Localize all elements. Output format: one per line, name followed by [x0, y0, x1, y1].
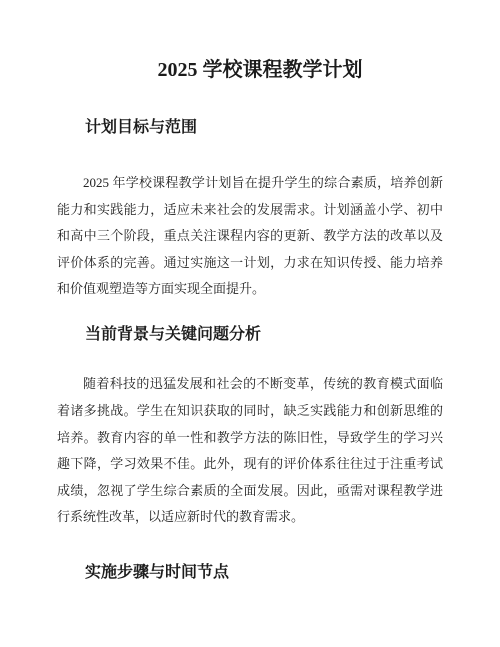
document-title: 2025 学校课程教学计划 — [57, 56, 443, 84]
text-line: 着诸多挑战。学生在知识获取的同时，缺乏实践能力和创新思维的 — [57, 398, 443, 425]
text-line: 培养。教育内容的单一性和教学方法的陈旧性，导致学生的学习兴 — [57, 425, 443, 452]
section-heading-background-analysis: 当前背景与关键问题分析 — [57, 325, 443, 345]
text-line: 行系统性改革，以适应新时代的教育需求。 — [57, 504, 443, 531]
section-heading-goals-scope: 计划目标与范围 — [57, 118, 443, 138]
text-line: 随着科技的迅猛发展和社会的不断变革，传统的教育模式面临 — [57, 371, 443, 398]
text-line: 2025 年学校课程教学计划旨在提升学生的综合素质，培养创新 — [57, 170, 443, 197]
text-line: 和价值观塑造等方面实现全面提升。 — [57, 276, 443, 303]
text-line: 和高中三个阶段，重点关注课程内容的更新、教学方法的改革以及 — [57, 223, 443, 250]
paragraph-goals-scope: 2025 年学校课程教学计划旨在提升学生的综合素质，培养创新 能力和实践能力，适… — [57, 170, 443, 303]
section-heading-implementation-timeline: 实施步骤与时间节点 — [57, 563, 443, 583]
text-line: 评价体系的完善。通过实施这一计划，力求在知识传授、能力培养 — [57, 250, 443, 277]
text-line: 能力和实践能力，适应未来社会的发展需求。计划涵盖小学、初中 — [57, 197, 443, 224]
paragraph-background-analysis: 随着科技的迅猛发展和社会的不断变革，传统的教育模式面临 着诸多挑战。学生在知识获… — [57, 371, 443, 531]
document-page: 2025 学校课程教学计划 计划目标与范围 2025 年学校课程教学计划旨在提升… — [0, 0, 500, 647]
text-line: 趣下降，学习效果不佳。此外，现有的评价体系往往过于注重考试 — [57, 451, 443, 478]
text-line: 成绩，忽视了学生综合素质的全面发展。因此，亟需对课程教学进 — [57, 478, 443, 505]
